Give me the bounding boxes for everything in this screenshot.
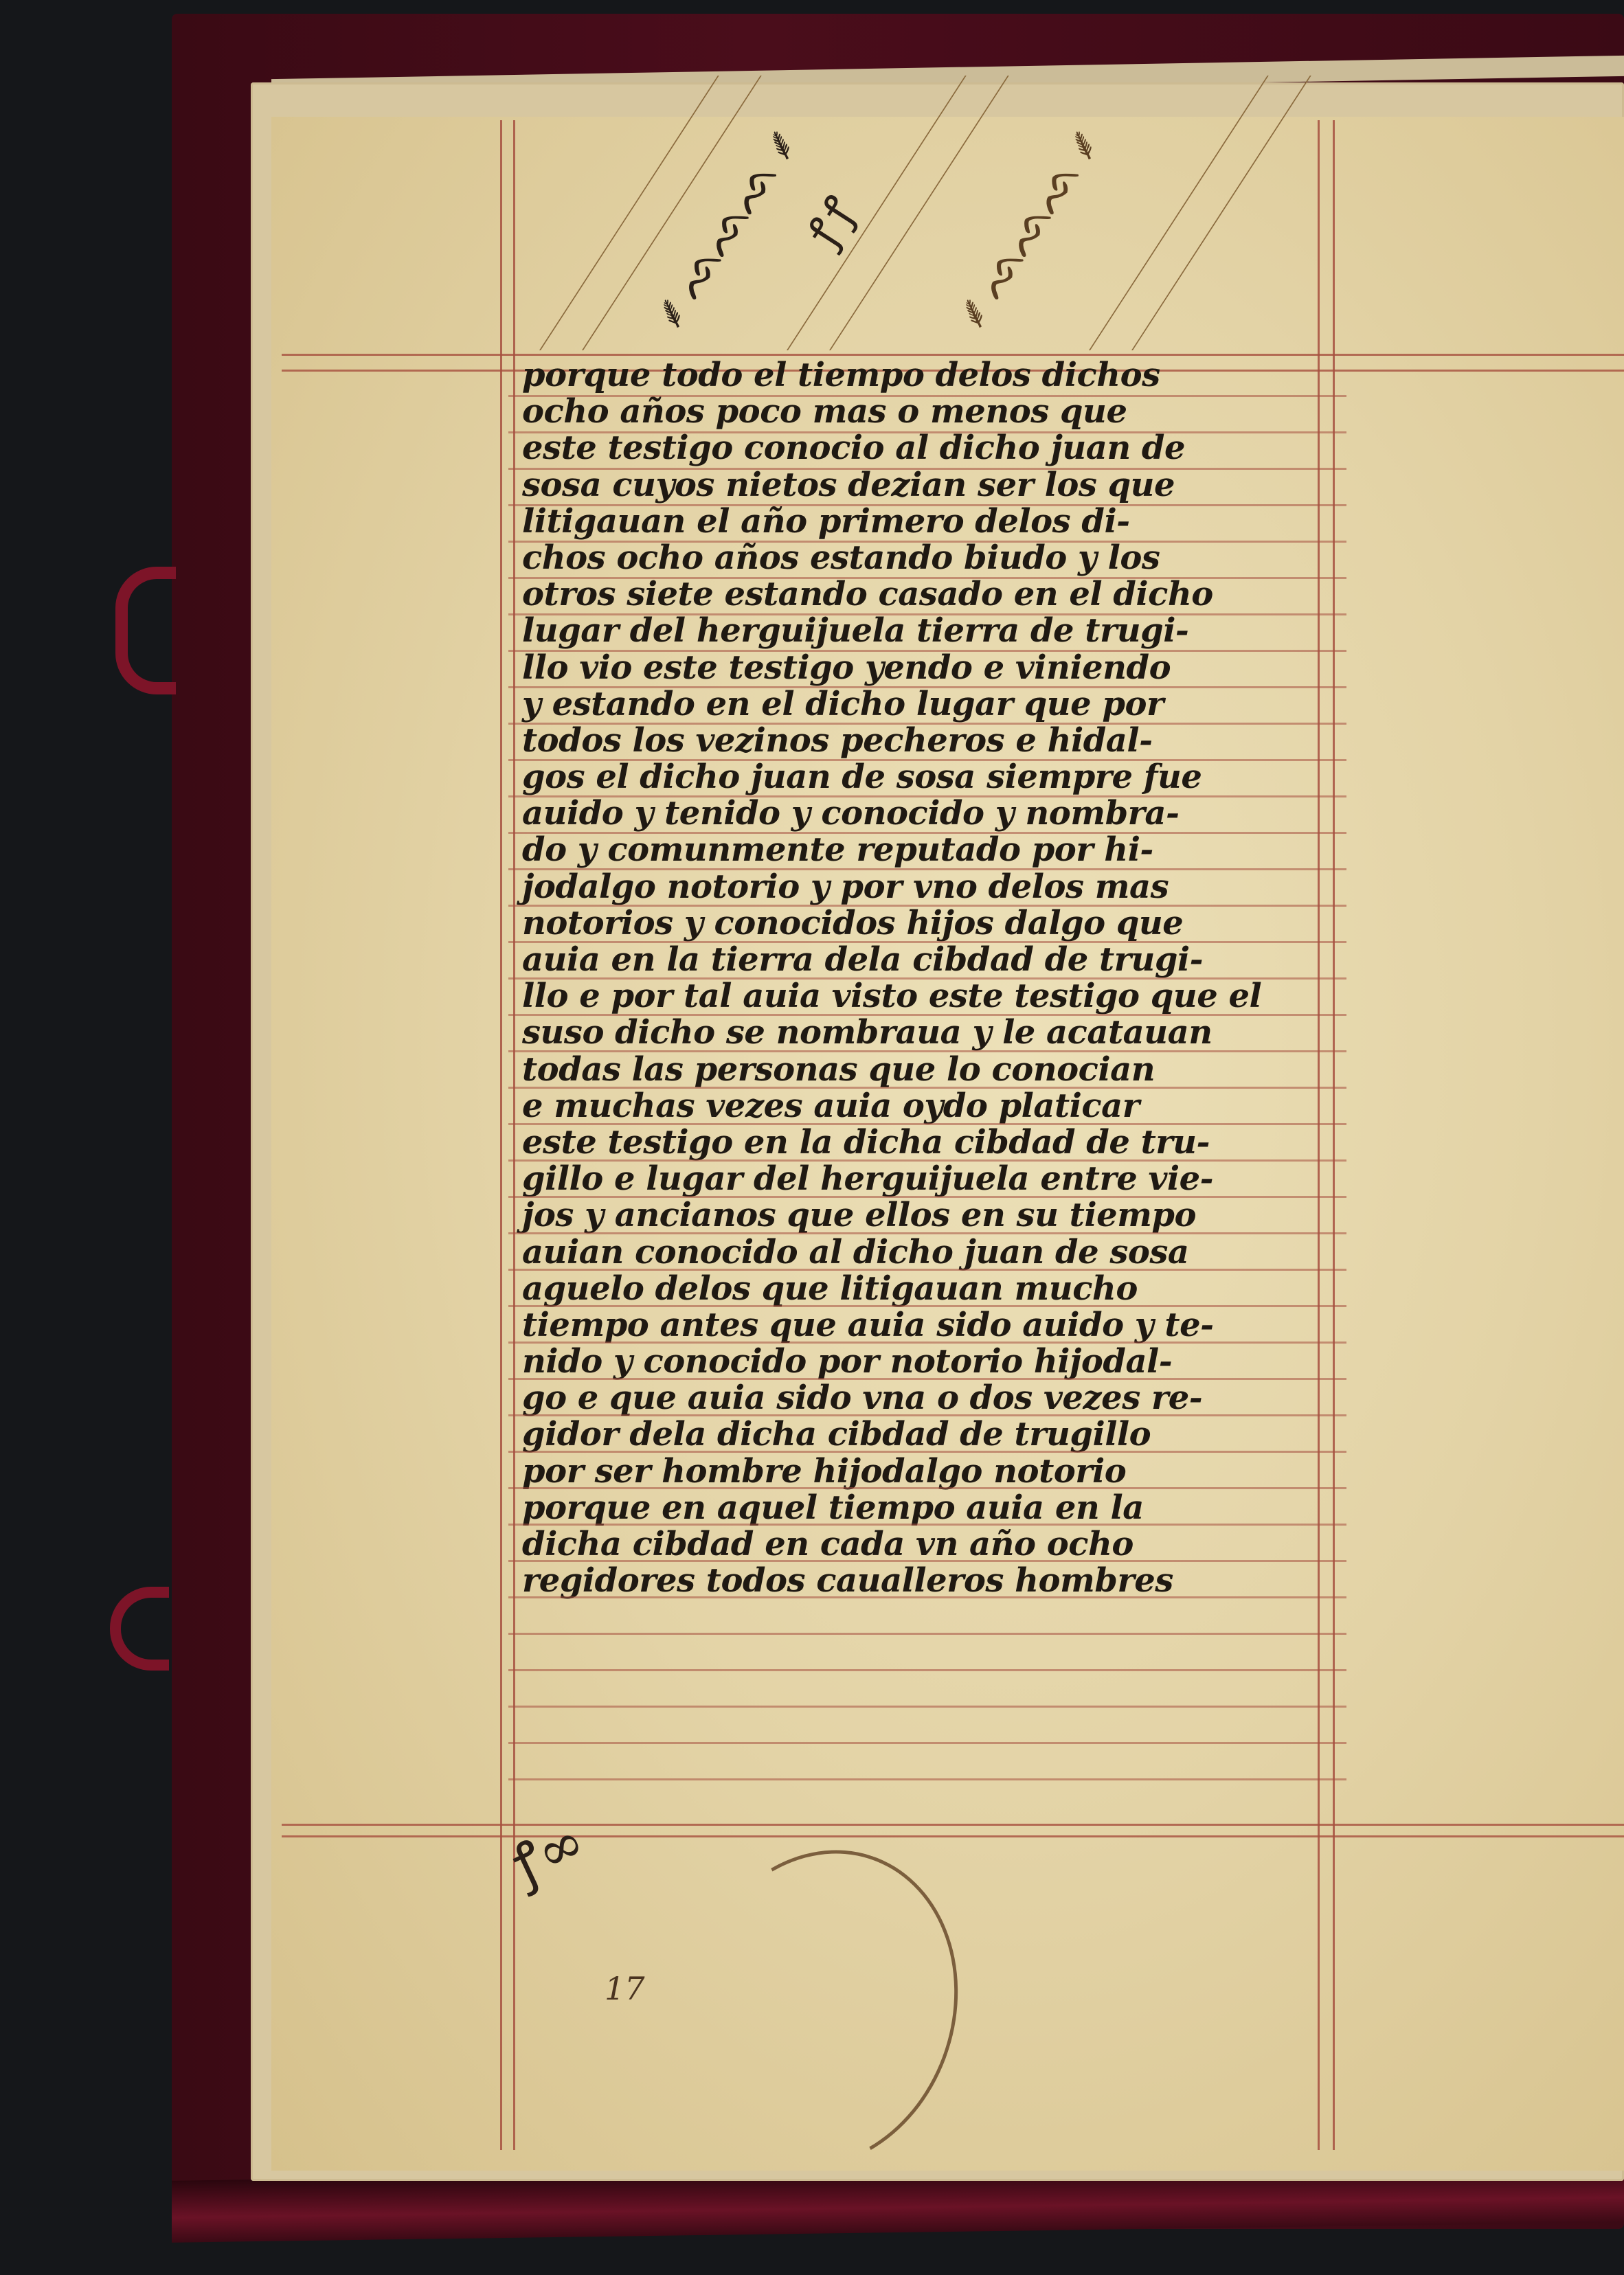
ruling-line-horizontal	[508, 1487, 1346, 1489]
flourish-ornament-icon: ⸙ ᨒᨒᨒ ⸙	[938, 117, 1113, 341]
text-line: notorios y conocidos hijos dalgo que	[522, 905, 1360, 942]
ruling-line-horizontal	[508, 468, 1346, 470]
text-line: auia en la tierra dela cibdad de trugi-	[522, 942, 1360, 978]
ruling-line-horizontal	[508, 1669, 1346, 1671]
ruling-line-horizontal	[508, 1232, 1346, 1234]
ribbon-tie-icon	[115, 567, 176, 694]
ruling-line-horizontal	[508, 795, 1346, 797]
ruling-line-horizontal	[508, 1159, 1346, 1162]
text-line: do y comunmente reputado por hi-	[522, 832, 1360, 868]
ruling-line-horizontal	[508, 905, 1346, 907]
text-line: todas las personas que lo conocian	[522, 1052, 1360, 1088]
text-line: porque todo el tiempo delos dichos	[522, 357, 1360, 394]
text-line: tiempo antes que auia sido auido y te-	[522, 1307, 1360, 1344]
ruling-line-horizontal	[508, 1014, 1346, 1016]
ruling-line-horizontal	[508, 431, 1346, 433]
ruling-line-horizontal	[508, 686, 1346, 688]
text-line: lugar del herguijuela tierra de trugi-	[522, 613, 1360, 649]
ruling-line-horizontal	[508, 1269, 1346, 1271]
text-line: otros siete estando casado en el dicho	[522, 576, 1360, 613]
ruling-line-horizontal	[508, 395, 1346, 397]
ruling-line-vertical	[500, 120, 502, 2150]
text-line: go e que auia sido vna o dos vezes re-	[522, 1380, 1360, 1416]
ruling-line-horizontal	[508, 650, 1346, 652]
ruling-line-horizontal	[508, 1596, 1346, 1598]
ribbon-tie-icon	[110, 1587, 169, 1671]
ruling-line-horizontal	[282, 1824, 1624, 1826]
text-line: todos los vezinos pecheros e hidal-	[522, 723, 1360, 759]
ruling-line-horizontal	[508, 1378, 1346, 1380]
text-line: llo e por tal auia visto este testigo qu…	[522, 978, 1360, 1015]
ruling-line-horizontal	[508, 1123, 1346, 1125]
ornamental-header: ⸙ ᨒᨒᨒ ⸙ ꝭ ꝭ ⸙ ᨒᨒᨒ ⸙	[512, 117, 1302, 343]
text-line: regidores todos caualleros hombres	[522, 1563, 1360, 1599]
ruling-line-horizontal	[508, 1414, 1346, 1416]
ruling-line-horizontal	[508, 577, 1346, 579]
text-line: dicha cibdad en cada vn año ocho	[522, 1526, 1360, 1563]
ruling-line-horizontal	[508, 977, 1346, 980]
text-line: litigauan el año primero delos di-	[522, 503, 1360, 540]
text-line: sosa cuyos nietos dezian ser los que	[522, 467, 1360, 503]
text-line: jos y ancianos que ellos en su tiempo	[522, 1197, 1360, 1234]
ruling-line-horizontal	[508, 1778, 1346, 1780]
ruling-line-horizontal	[508, 723, 1346, 725]
text-line: este testigo en la dicha cibdad de tru-	[522, 1124, 1360, 1161]
text-line: auian conocido al dicho juan de sosa	[522, 1234, 1360, 1271]
text-line: gidor dela dicha cibdad de trugillo	[522, 1416, 1360, 1453]
folio-number: 17	[605, 1970, 645, 2007]
banner-ornament-icon	[1089, 76, 1311, 350]
ruling-line-horizontal	[508, 1742, 1346, 1744]
ruling-line-horizontal	[508, 1560, 1346, 1562]
ruling-line-horizontal	[508, 868, 1346, 870]
text-line: por ser hombre hijodalgo notorio	[522, 1453, 1360, 1490]
text-line: chos ocho años estando biudo y los	[522, 540, 1360, 576]
text-line: gillo e lugar del herguijuela entre vie-	[522, 1161, 1360, 1197]
ruling-line-horizontal	[508, 1451, 1346, 1453]
text-line: y estando en el dicho lugar que por	[522, 686, 1360, 723]
ruling-line-horizontal	[508, 941, 1346, 943]
text-line: porque en aquel tiempo auia en la	[522, 1490, 1360, 1526]
text-line: nido y conocido por notorio hijodal-	[522, 1344, 1360, 1380]
text-line: e muchas vezes auia oydo platicar	[522, 1088, 1360, 1124]
text-line: jodalgo notorio y por vno delos mas	[522, 869, 1360, 905]
ruling-line-horizontal	[508, 1087, 1346, 1089]
text-line: suso dicho se nombraua y le acatauan	[522, 1015, 1360, 1051]
ruling-line-horizontal	[508, 613, 1346, 615]
text-line: auido y tenido y conocido y nombra-	[522, 795, 1360, 832]
text-line: llo vio este testigo yendo e viniendo	[522, 650, 1360, 686]
text-line: este testigo conocio al dicho juan de	[522, 430, 1360, 466]
ruling-line-horizontal	[508, 1524, 1346, 1526]
ruling-line-horizontal	[508, 1633, 1346, 1635]
ruling-line-horizontal	[508, 1196, 1346, 1198]
ruling-line-horizontal	[508, 759, 1346, 761]
ruling-line-horizontal	[508, 504, 1346, 506]
ruling-line-horizontal	[508, 541, 1346, 543]
ruling-line-horizontal	[508, 1342, 1346, 1344]
ruling-line-horizontal	[508, 1305, 1346, 1307]
ruling-line-horizontal	[508, 1050, 1346, 1052]
ruling-line-horizontal	[508, 832, 1346, 834]
ruling-line-horizontal	[282, 1835, 1624, 1837]
ruling-line-horizontal	[508, 1706, 1346, 1708]
text-line: ocho años poco mas o menos que	[522, 394, 1360, 430]
text-line: gos el dicho juan de sosa siempre fue	[522, 759, 1360, 795]
text-line: aguelo delos que litigauan mucho	[522, 1271, 1360, 1307]
